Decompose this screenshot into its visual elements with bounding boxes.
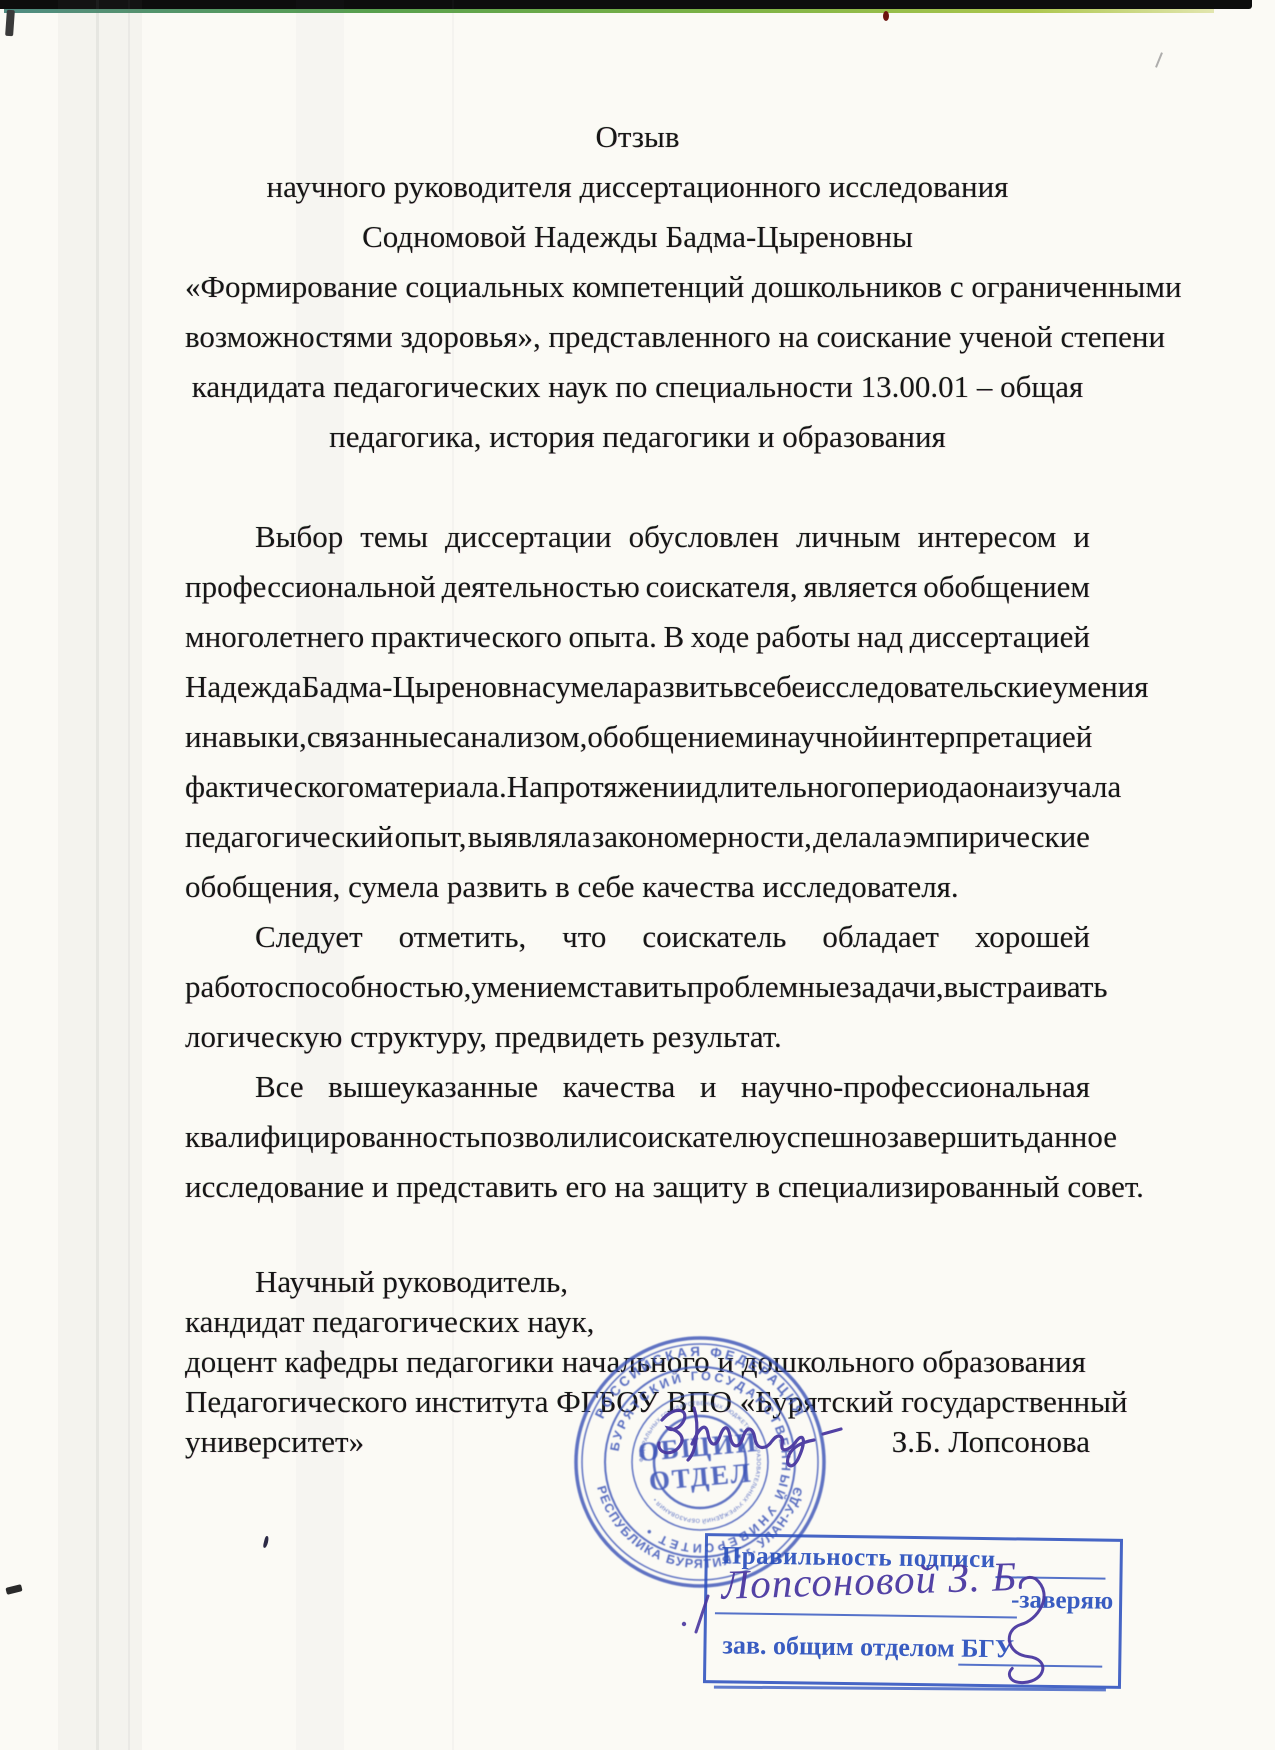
word: она bbox=[973, 762, 1019, 812]
word: обобщением bbox=[587, 712, 754, 762]
scan-gray-streak bbox=[128, 0, 130, 1750]
word: хорошей bbox=[975, 912, 1090, 962]
word: периода bbox=[866, 762, 973, 812]
word: задачи, bbox=[849, 962, 943, 1012]
pen-slash-mark bbox=[678, 1592, 718, 1636]
scan-gray-streak bbox=[96, 0, 99, 1750]
scanned-document-page: Отзывнаучного руководителя диссертационн… bbox=[0, 0, 1275, 1750]
signature-university-word: университет» bbox=[185, 1422, 364, 1462]
word: работоспособностью, bbox=[185, 962, 471, 1012]
word: проблемные bbox=[687, 962, 850, 1012]
word: обобщением bbox=[923, 562, 1090, 612]
word: связанные bbox=[307, 712, 443, 762]
word: ходе bbox=[691, 612, 749, 662]
signature-line: Научный руководитель, bbox=[185, 1262, 1090, 1302]
word: личным bbox=[796, 512, 901, 562]
word: что bbox=[562, 912, 606, 962]
scan-top-green-line bbox=[4, 9, 1214, 13]
body-line: Выбортемыдиссертацииобусловленличныминте… bbox=[185, 512, 1090, 562]
stamp-blank-line bbox=[715, 1612, 1017, 1618]
word: эмпирические bbox=[903, 812, 1090, 862]
word: материала. bbox=[364, 762, 507, 812]
word: себе bbox=[748, 662, 805, 712]
word: завершить bbox=[887, 1112, 1025, 1162]
word: интересом bbox=[918, 512, 1057, 562]
word: опыта. bbox=[568, 612, 656, 662]
word: научной bbox=[771, 712, 880, 762]
word: умением bbox=[471, 962, 586, 1012]
word: Следует bbox=[255, 912, 363, 962]
body-line: многолетнегопрактическогоопыта.Входерабо… bbox=[185, 612, 1090, 662]
word: диссертации bbox=[445, 512, 612, 562]
title-line: «Формирование социальных компетенций дош… bbox=[185, 262, 1090, 312]
body-line: исследование и представить его на защиту… bbox=[185, 1162, 1090, 1212]
word: Все bbox=[255, 1062, 304, 1112]
body-line: педагогическийопыт,выявлялазакономерност… bbox=[185, 812, 1090, 862]
word: интерпретацией bbox=[879, 712, 1092, 762]
title-line: Отзыв bbox=[185, 112, 1090, 162]
word: изучала bbox=[1019, 762, 1122, 812]
word: выявляла bbox=[468, 812, 591, 862]
word: научно-профессиональная bbox=[741, 1062, 1090, 1112]
word: над bbox=[857, 612, 903, 662]
title-line: педагогика, история педагогики и образов… bbox=[185, 412, 1090, 462]
word: позволили bbox=[480, 1112, 618, 1162]
word: и bbox=[700, 1062, 717, 1112]
word: является bbox=[803, 562, 917, 612]
word: соискатель bbox=[642, 912, 786, 962]
body-line: обобщения, сумела развить в себе качеств… bbox=[185, 862, 1090, 912]
word: сумела bbox=[542, 662, 633, 712]
word: анализом, bbox=[457, 712, 588, 762]
pen-mark bbox=[1155, 52, 1163, 68]
word: многолетнего bbox=[185, 612, 364, 662]
title-line: Содномовой Надежды Бадма-Цыреновны bbox=[185, 212, 1090, 262]
body-line: работоспособностью,умениемставитьпроблем… bbox=[185, 962, 1090, 1012]
word: ставить bbox=[586, 962, 686, 1012]
word: обусловлен bbox=[629, 512, 779, 562]
word: профессиональной bbox=[185, 562, 436, 612]
supervisor-name: З.Б. Лопсонова bbox=[892, 1422, 1090, 1462]
body-line: профессиональнойдеятельностьюсоискателя,… bbox=[185, 562, 1090, 612]
body-line: инавыки,связанныесанализом,обобщениемина… bbox=[185, 712, 1090, 762]
word: обладает bbox=[822, 912, 939, 962]
word: квалифицированность bbox=[185, 1112, 480, 1162]
word: протяжении bbox=[543, 762, 702, 812]
word: данное bbox=[1025, 1112, 1117, 1162]
word: диссертацией bbox=[910, 612, 1090, 662]
word: фактического bbox=[185, 762, 364, 812]
scan-edge-smudge bbox=[5, 10, 15, 36]
word: и bbox=[185, 712, 202, 762]
word: умения bbox=[1053, 662, 1149, 712]
word: качества bbox=[563, 1062, 676, 1112]
word: развить bbox=[633, 662, 733, 712]
word: педагогический bbox=[185, 812, 393, 862]
body-line: НадеждаБадма-Цыреновнасумеларазвитьвсебе… bbox=[185, 662, 1090, 712]
body-line: квалифицированностьпозволилисоискателюус… bbox=[185, 1112, 1090, 1162]
word: и bbox=[1073, 512, 1090, 562]
stamp-head-of-department-label: зав. общим отделом БГУ bbox=[722, 1630, 1014, 1664]
title-line: возможностями здоровья», представленного… bbox=[185, 312, 1090, 362]
word: темы bbox=[360, 512, 428, 562]
body-line: фактическогоматериала.Напротяжениидлител… bbox=[185, 762, 1090, 812]
title-line: кандидата педагогических наук по специал… bbox=[185, 362, 1090, 412]
supervisor-signature bbox=[642, 1394, 852, 1474]
word: Бадма-Цыреновна bbox=[302, 662, 542, 712]
word: соискателю bbox=[618, 1112, 771, 1162]
word: вышеуказанные bbox=[328, 1062, 538, 1112]
word: успешно bbox=[771, 1112, 887, 1162]
word: практического bbox=[371, 612, 562, 662]
word: длительного bbox=[702, 762, 866, 812]
word: выстраивать bbox=[944, 962, 1108, 1012]
scan-gray-band bbox=[58, 0, 142, 1750]
body-line: Следуетотметить,чтосоискательобладаетхор… bbox=[185, 912, 1090, 962]
title-line: научного руководителя диссертационного и… bbox=[185, 162, 1090, 212]
word: соискателя, bbox=[646, 562, 798, 612]
body-line: Всевышеуказанныекачестваинаучно-професси… bbox=[185, 1062, 1090, 1112]
word: исследовательские bbox=[805, 662, 1052, 712]
word: навыки, bbox=[202, 712, 307, 762]
word: На bbox=[507, 762, 543, 812]
word: в bbox=[734, 662, 749, 712]
certification-stamp: Правильность подписи Лопсоновой З. Б -за… bbox=[703, 1533, 1123, 1689]
word: Выбор bbox=[255, 512, 343, 562]
word: отметить, bbox=[399, 912, 527, 962]
scan-artifact-dot bbox=[883, 11, 889, 21]
word: Надежда bbox=[185, 662, 302, 712]
word: опыт, bbox=[395, 812, 467, 862]
handwritten-name: Лопсоновой З. Б bbox=[721, 1552, 1018, 1609]
word: с bbox=[443, 712, 457, 762]
pen-mark-comma bbox=[263, 1536, 270, 1549]
scan-top-edge-band bbox=[0, 0, 1252, 9]
title-block: Отзывнаучного руководителя диссертационн… bbox=[185, 112, 1090, 462]
word: делала bbox=[813, 812, 901, 862]
word: В bbox=[663, 612, 684, 662]
word: работы bbox=[756, 612, 851, 662]
pen-mark-dash bbox=[5, 1584, 22, 1595]
word: и bbox=[754, 712, 771, 762]
clerk-signature-flourish bbox=[994, 1574, 1076, 1687]
word: деятельностью bbox=[442, 562, 640, 612]
word: закономерности, bbox=[592, 812, 812, 862]
body-line: логическую структуру, предвидеть результ… bbox=[185, 1012, 1090, 1062]
body-paragraphs: Выбортемыдиссертацииобусловленличныминте… bbox=[185, 512, 1090, 1212]
